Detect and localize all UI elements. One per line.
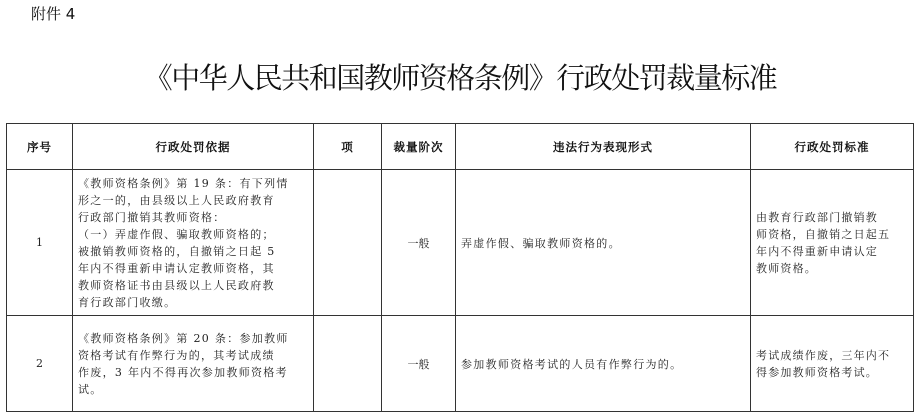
table-header-row: 序号 行政处罚依据 项 裁量阶次 违法行为表现形式 行政处罚标准 [7,124,914,170]
standard-line: 教师资格。 [756,260,908,277]
header-violation-form: 违法行为表现形式 [456,124,751,170]
table-row: 1 《教师资格条例》第 19 条：有下列情 形之一的，由县级以上人民政府教育 行… [7,170,914,316]
cell-violation-form: 参加教师资格考试的人员有作弊行为的。 [456,316,751,412]
cell-standard: 由教育行政部门撤销教 师资格，自撤销之日起五 年内不得重新申请认定 教师资格。 [751,170,914,316]
basis-line: 作废，3 年内不得再次参加教师资格考 [78,364,308,381]
basis-line: 教师资格证书由县级以上人民政府教 [78,277,308,294]
header-index: 序号 [7,124,73,170]
header-level: 裁量阶次 [382,124,456,170]
cell-item [314,316,382,412]
attachment-label: 附件 4 [31,3,75,24]
basis-line: （一）弄虚作假、骗取教师资格的； [78,226,308,243]
standard-line: 年内不得重新申请认定 [756,243,908,260]
basis-line: 育行政部门收缴。 [78,294,308,311]
standard-line: 由教育行政部门撤销教 [756,209,908,226]
cell-index: 1 [7,170,73,316]
document-title: 《中华人民共和国教师资格条例》行政处罚裁量标准 [0,56,920,97]
basis-line: 行政部门撤销其教师资格： [78,209,308,226]
cell-basis: 《教师资格条例》第 20 条：参加教师 资格考试有作弊行为的，其考试成绩 作废，… [73,316,314,412]
cell-violation-form: 弄虚作假、骗取教师资格的。 [456,170,751,316]
header-item: 项 [314,124,382,170]
standard-line: 师资格，自撤销之日起五 [756,226,908,243]
standard-line: 考试成绩作废，三年内不 [756,347,908,364]
header-standard: 行政处罚标准 [751,124,914,170]
basis-line: 资格考试有作弊行为的，其考试成绩 [78,347,308,364]
basis-line: 被撤销教师资格的，自撤销之日起 5 [78,243,308,260]
cell-basis: 《教师资格条例》第 19 条：有下列情 形之一的，由县级以上人民政府教育 行政部… [73,170,314,316]
table-row: 2 《教师资格条例》第 20 条：参加教师 资格考试有作弊行为的，其考试成绩 作… [7,316,914,412]
header-basis: 行政处罚依据 [73,124,314,170]
standard-line: 得参加教师资格考试。 [756,364,908,381]
penalty-standard-table: 序号 行政处罚依据 项 裁量阶次 违法行为表现形式 行政处罚标准 1 《教师资格… [6,123,914,412]
basis-line: 《教师资格条例》第 19 条：有下列情 [78,175,308,192]
cell-standard: 考试成绩作废，三年内不 得参加教师资格考试。 [751,316,914,412]
cell-index: 2 [7,316,73,412]
basis-line: 试。 [78,381,308,398]
basis-line: 形之一的，由县级以上人民政府教育 [78,192,308,209]
basis-line: 年内不得重新申请认定教师资格，其 [78,260,308,277]
cell-item [314,170,382,316]
cell-level: 一般 [382,170,456,316]
cell-level: 一般 [382,316,456,412]
basis-line: 《教师资格条例》第 20 条：参加教师 [78,330,308,347]
